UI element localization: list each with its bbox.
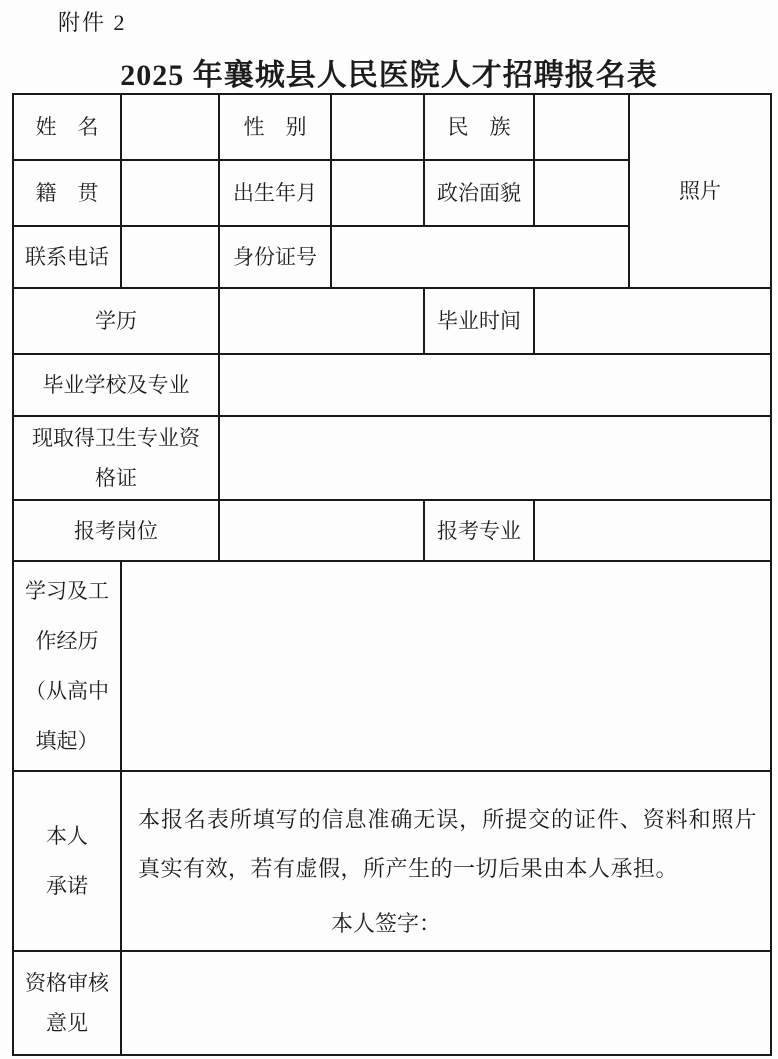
- field-cell-experience: [121, 561, 771, 771]
- field-cell-birth-date: [331, 160, 424, 226]
- field-label-native-place: 籍 贯: [13, 160, 121, 226]
- commitment-text: 本报名表所填写的信息准确无误，所提交的证件、资料和照片真实有效，若有虚假，所产生…: [123, 785, 769, 893]
- field-cell-apply-major: [534, 500, 771, 561]
- table-row: 学历 毕业时间: [13, 288, 771, 354]
- field-label-qualification-cert: 现取得卫生专业资 格证: [13, 416, 219, 500]
- commitment-cell: 本报名表所填写的信息准确无误，所提交的证件、资料和照片真实有效，若有虚假，所产生…: [121, 771, 771, 951]
- field-label-phone: 联系电话: [13, 226, 121, 288]
- photo-placeholder-cell: 照片: [629, 94, 771, 288]
- field-cell-review: [121, 951, 771, 1055]
- attachment-label: 附件 2: [58, 6, 127, 37]
- field-label-experience: 学习及工 作经历 （从高中 填起）: [13, 561, 121, 771]
- table-row: 姓 名 性 别 民 族 照片: [13, 94, 771, 160]
- field-cell-political-status: [534, 160, 629, 226]
- field-label-gender: 性 别: [219, 94, 331, 160]
- field-label-political-status: 政治面貌: [424, 160, 534, 226]
- field-cell-qualification-cert: [219, 416, 771, 500]
- field-label-commitment: 本人 承诺: [13, 771, 121, 951]
- table-row: 毕业学校及专业: [13, 354, 771, 416]
- field-label-ethnicity: 民 族: [424, 94, 534, 160]
- field-cell-gender: [331, 94, 424, 160]
- field-label-id-number: 身份证号: [219, 226, 331, 288]
- field-cell-education: [219, 288, 424, 354]
- field-label-education: 学历: [13, 288, 219, 354]
- field-cell-native-place: [121, 160, 219, 226]
- field-cell-name: [121, 94, 219, 160]
- field-label-name: 姓 名: [13, 94, 121, 160]
- field-label-school-major: 毕业学校及专业: [13, 354, 219, 416]
- field-label-apply-position: 报考岗位: [13, 500, 219, 561]
- field-label-apply-major: 报考专业: [424, 500, 534, 561]
- field-cell-graduation-time: [534, 288, 771, 354]
- table-row: 报考岗位 报考专业: [13, 500, 771, 561]
- field-label-review: 资格审核 意见: [13, 951, 121, 1055]
- field-cell-apply-position: [219, 500, 424, 561]
- field-label-birth-date: 出生年月: [219, 160, 331, 226]
- field-cell-phone: [121, 226, 219, 288]
- field-cell-school-major: [219, 354, 771, 416]
- table-row: 本人 承诺 本报名表所填写的信息准确无误，所提交的证件、资料和照片真实有效，若有…: [13, 771, 771, 951]
- page-title: 2025 年襄城县人民医院人才招聘报名表: [0, 50, 778, 94]
- application-form-table: 姓 名 性 别 民 族 照片 籍 贯 出生年月 政治面貌 联系电话 身份证号 学…: [12, 93, 772, 1056]
- table-row: 学习及工 作经历 （从高中 填起）: [13, 561, 771, 771]
- field-cell-ethnicity: [534, 94, 629, 160]
- field-cell-id-number: [331, 226, 629, 288]
- field-label-graduation-time: 毕业时间: [424, 288, 534, 354]
- signature-label: 本人签字：: [123, 907, 769, 938]
- table-row: 现取得卫生专业资 格证: [13, 416, 771, 500]
- table-row: 资格审核 意见: [13, 951, 771, 1055]
